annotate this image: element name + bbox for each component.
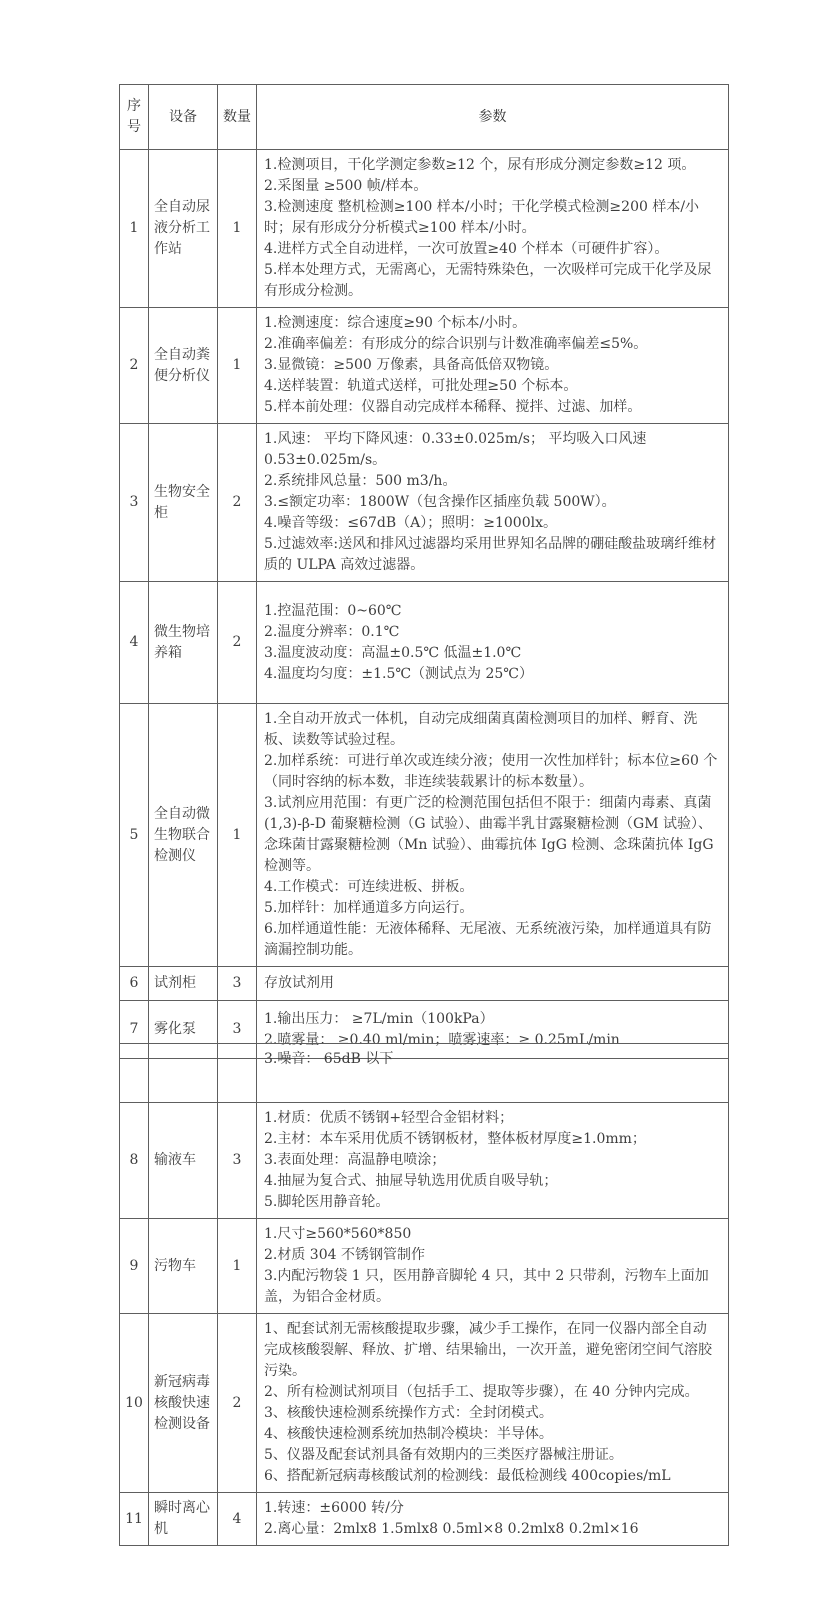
cell-quantity: 1	[218, 1219, 257, 1314]
param-line: 3.内配污物袋 1 只，医用静音脚轮 4 只，其中 2 只带刹，污物车上面加盖，…	[264, 1266, 718, 1308]
param-line: 4.工作模式：可连续进板、拼板。	[264, 877, 718, 898]
equipment-spec-table-segment-2: 3.噪音： 65dB 以下 8 输液车 3 1.材质：优质不锈钢+轻型合金铝材料…	[119, 1043, 729, 1546]
cell-quantity	[218, 1044, 257, 1103]
cell-parameters: 1、配套试剂无需核酸提取步骤，减少手工操作，在同一仪器内部全自动完成核酸裂解、释…	[257, 1314, 729, 1493]
cell-quantity: 4	[218, 1493, 257, 1546]
cell-device-name: 全自动粪便分析仪	[149, 308, 218, 424]
param-line: 2.材质 304 不锈钢管制作	[264, 1245, 718, 1266]
cell-quantity: 1	[218, 308, 257, 424]
cell-device-name: 生物安全柜	[149, 424, 218, 582]
param-line: 6、搭配新冠病毒核酸试剂的检测线：最低检测线 400copies/mL	[264, 1466, 718, 1487]
param-line: 1.材质：优质不锈钢+轻型合金铝材料；	[264, 1108, 718, 1129]
cell-parameters: 1.材质：优质不锈钢+轻型合金铝材料；2.主材：本车采用优质不锈钢板材，整体板材…	[257, 1103, 729, 1219]
cell-device-name	[149, 1044, 218, 1103]
param-line: 6.加样通道性能：无液体稀释、无尾液、无系统液污染，加样通道具有防滴漏控制功能。	[264, 919, 718, 961]
param-line: 1.控温范围：0~60℃	[264, 601, 718, 622]
table-row: 4 微生物培养箱 2 1.控温范围：0~60℃2.温度分辨率：0.1℃3.温度波…	[120, 582, 729, 704]
cell-serial-number: 8	[120, 1103, 149, 1219]
cell-parameters: 1.全自动开放式一体机，自动完成细菌真菌检测项目的加样、孵育、洗板、读数等试验过…	[257, 704, 729, 967]
table-row: 5 全自动微生物联合检测仪 1 1.全自动开放式一体机，自动完成细菌真菌检测项目…	[120, 704, 729, 967]
table-row: 6 试剂柜 3 存放试剂用	[120, 967, 729, 1001]
table-row: 11 瞬时离心机 4 1.转速：±6000 转/分2.离心量：2mlx8 1.5…	[120, 1493, 729, 1546]
param-line: 3.试剂应用范围：有更广泛的检测范围包括但不限于：细菌内毒素、真菌(1,3)-β…	[264, 793, 718, 877]
cell-parameters: 1.检测速度：综合速度≥90 个标本/小时。2.准确率偏差：有形成分的综合识别与…	[257, 308, 729, 424]
param-line: 2.准确率偏差：有形成分的综合识别与计数准确率偏差≤5%。	[264, 334, 718, 355]
param-line: 2.系统排风总量：500 m3/h。	[264, 471, 718, 492]
header-serial-number: 序号	[120, 85, 149, 150]
cell-serial-number: 6	[120, 967, 149, 1001]
cell-serial-number	[120, 1044, 149, 1103]
param-line: 3.检测速度 整机检测≥100 样本/小时；干化学模式检测≥200 样本/小时；…	[264, 197, 718, 239]
param-line: 存放试剂用	[264, 973, 718, 994]
cell-parameters: 1.检测项目，干化学测定参数≥12 个，尿有形成分测定参数≥12 项。2.采图量…	[257, 150, 729, 308]
param-line: 5.过滤效率:送风和排风过滤器均采用世界知名品牌的硼硅酸盐玻璃纤维材质的 ULP…	[264, 534, 718, 576]
cell-serial-number: 5	[120, 704, 149, 967]
cell-parameters: 存放试剂用	[257, 967, 729, 1001]
param-line: 4.抽屉为复合式、抽屉导轨选用优质自吸导轨；	[264, 1171, 718, 1192]
cell-serial-number: 11	[120, 1493, 149, 1546]
param-line: 3、核酸快速检测系统操作方式：全封闭模式。	[264, 1403, 718, 1424]
param-line: 1.转速：±6000 转/分	[264, 1498, 718, 1519]
cell-quantity: 1	[218, 704, 257, 967]
cell-quantity: 2	[218, 424, 257, 582]
table-header-row: 序号 设备 数量 参数	[120, 85, 729, 150]
param-line: 2、所有检测试剂项目（包括手工、提取等步骤），在 40 分钟内完成。	[264, 1382, 718, 1403]
param-line: 2.主材：本车采用优质不锈钢板材，整体板材厚度≥1.0mm；	[264, 1129, 718, 1150]
cell-parameters: 3.噪音： 65dB 以下	[257, 1044, 729, 1103]
cell-quantity: 3	[218, 1103, 257, 1219]
param-line: 3.噪音： 65dB 以下	[264, 1049, 718, 1070]
param-line: 5.样本处理方式，无需离心，无需特殊染色，一次吸样可完成干化学及尿有形成分检测。	[264, 260, 718, 302]
header-device: 设备	[149, 85, 218, 150]
table-row: 2 全自动粪便分析仪 1 1.检测速度：综合速度≥90 个标本/小时。2.准确率…	[120, 308, 729, 424]
param-line: 2.温度分辨率：0.1℃	[264, 622, 718, 643]
cell-quantity: 2	[218, 1314, 257, 1493]
param-line: 5.样本前处理：仪器自动完成样本稀释、搅拌、过滤、加样。	[264, 397, 718, 418]
cell-device-name: 污物车	[149, 1219, 218, 1314]
param-line: 1.尺寸≥560*560*850	[264, 1224, 718, 1245]
cell-serial-number: 3	[120, 424, 149, 582]
table-row: 10 新冠病毒核酸快速检测设备 2 1、配套试剂无需核酸提取步骤，减少手工操作，…	[120, 1314, 729, 1493]
param-line: 5、仪器及配套试剂具备有效期内的三类医疗器械注册证。	[264, 1445, 718, 1466]
cell-device-name: 瞬时离心机	[149, 1493, 218, 1546]
param-line: 1、配套试剂无需核酸提取步骤，减少手工操作，在同一仪器内部全自动完成核酸裂解、释…	[264, 1319, 718, 1382]
cell-serial-number: 4	[120, 582, 149, 704]
param-line: 4、核酸快速检测系统加热制冷模块：半导体。	[264, 1424, 718, 1445]
cell-quantity: 3	[218, 967, 257, 1001]
param-line: 4.温度均匀度：±1.5℃（测试点为 25℃）	[264, 664, 718, 685]
header-parameters: 参数	[257, 85, 729, 150]
param-line: 3.≤额定功率：1800W（包含操作区插座负载 500W）。	[264, 492, 718, 513]
table-row: 9 污物车 1 1.尺寸≥560*560*8502.材质 304 不锈钢管制作3…	[120, 1219, 729, 1314]
header-quantity: 数量	[218, 85, 257, 150]
param-line: 4.送样装置：轨道式送样，可批处理≥50 个标本。	[264, 376, 718, 397]
cell-serial-number: 9	[120, 1219, 149, 1314]
table-row: 3 生物安全柜 2 1.风速： 平均下降风速：0.33±0.025m/s； 平均…	[120, 424, 729, 582]
cell-device-name: 全自动尿液分析工作站	[149, 150, 218, 308]
param-line: 4.进样方式全自动进样，一次可放置≥40 个样本（可硬件扩容）。	[264, 239, 718, 260]
cell-parameters: 1.尺寸≥560*560*8502.材质 304 不锈钢管制作3.内配污物袋 1…	[257, 1219, 729, 1314]
cell-quantity: 1	[218, 150, 257, 308]
param-line: 4.噪音等级：≤67dB（A）；照明：≥1000lx。	[264, 513, 718, 534]
param-line: 3.表面处理：高温静电喷涂；	[264, 1150, 718, 1171]
table-row: 1 全自动尿液分析工作站 1 1.检测项目，干化学测定参数≥12 个，尿有形成分…	[120, 150, 729, 308]
cell-device-name: 微生物培养箱	[149, 582, 218, 704]
cell-quantity: 2	[218, 582, 257, 704]
cell-parameters: 1.风速： 平均下降风速：0.33±0.025m/s； 平均吸入口风速 0.53…	[257, 424, 729, 582]
param-line: 3.温度波动度：高温±0.5℃ 低温±1.0℃	[264, 643, 718, 664]
param-line: 2.采图量 ≥500 帧/样本。	[264, 176, 718, 197]
table-row: 3.噪音： 65dB 以下	[120, 1044, 729, 1103]
equipment-spec-table-segment-1: 序号 设备 数量 参数 1 全自动尿液分析工作站 1 1.检测项目，干化学测定参…	[119, 84, 729, 1059]
cell-serial-number: 10	[120, 1314, 149, 1493]
table-row: 8 输液车 3 1.材质：优质不锈钢+轻型合金铝材料；2.主材：本车采用优质不锈…	[120, 1103, 729, 1219]
param-line: 1.检测速度：综合速度≥90 个标本/小时。	[264, 313, 718, 334]
cell-parameters: 1.转速：±6000 转/分2.离心量：2mlx8 1.5mlx8 0.5ml×…	[257, 1493, 729, 1546]
cell-serial-number: 1	[120, 150, 149, 308]
param-line: 3.显微镜：≥500 万像素，具备高低倍双物镜。	[264, 355, 718, 376]
cell-device-name: 试剂柜	[149, 967, 218, 1001]
cell-device-name: 输液车	[149, 1103, 218, 1219]
param-line: 1.检测项目，干化学测定参数≥12 个，尿有形成分测定参数≥12 项。	[264, 155, 718, 176]
cell-parameters: 1.控温范围：0~60℃2.温度分辨率：0.1℃3.温度波动度：高温±0.5℃ …	[257, 582, 729, 704]
cell-device-name: 新冠病毒核酸快速检测设备	[149, 1314, 218, 1493]
param-line: 5.脚轮医用静音轮。	[264, 1192, 718, 1213]
param-line: 2.离心量：2mlx8 1.5mlx8 0.5ml×8 0.2mlx8 0.2m…	[264, 1519, 718, 1540]
param-line: 1.输出压力： ≥7L/min（100kPa）	[264, 1009, 718, 1030]
param-line: 1.风速： 平均下降风速：0.33±0.025m/s； 平均吸入口风速 0.53…	[264, 429, 718, 471]
param-line: 1.全自动开放式一体机，自动完成细菌真菌检测项目的加样、孵育、洗板、读数等试验过…	[264, 709, 718, 751]
param-line: 2.加样系统：可进行单次或连续分液；使用一次性加样针；标本位≥60 个（同时容纳…	[264, 751, 718, 793]
cell-device-name: 全自动微生物联合检测仪	[149, 704, 218, 967]
cell-serial-number: 2	[120, 308, 149, 424]
param-line: 5.加样针：加样通道多方向运行。	[264, 898, 718, 919]
document-page: { "page": { "background_color": "#ffffff…	[0, 0, 817, 1600]
